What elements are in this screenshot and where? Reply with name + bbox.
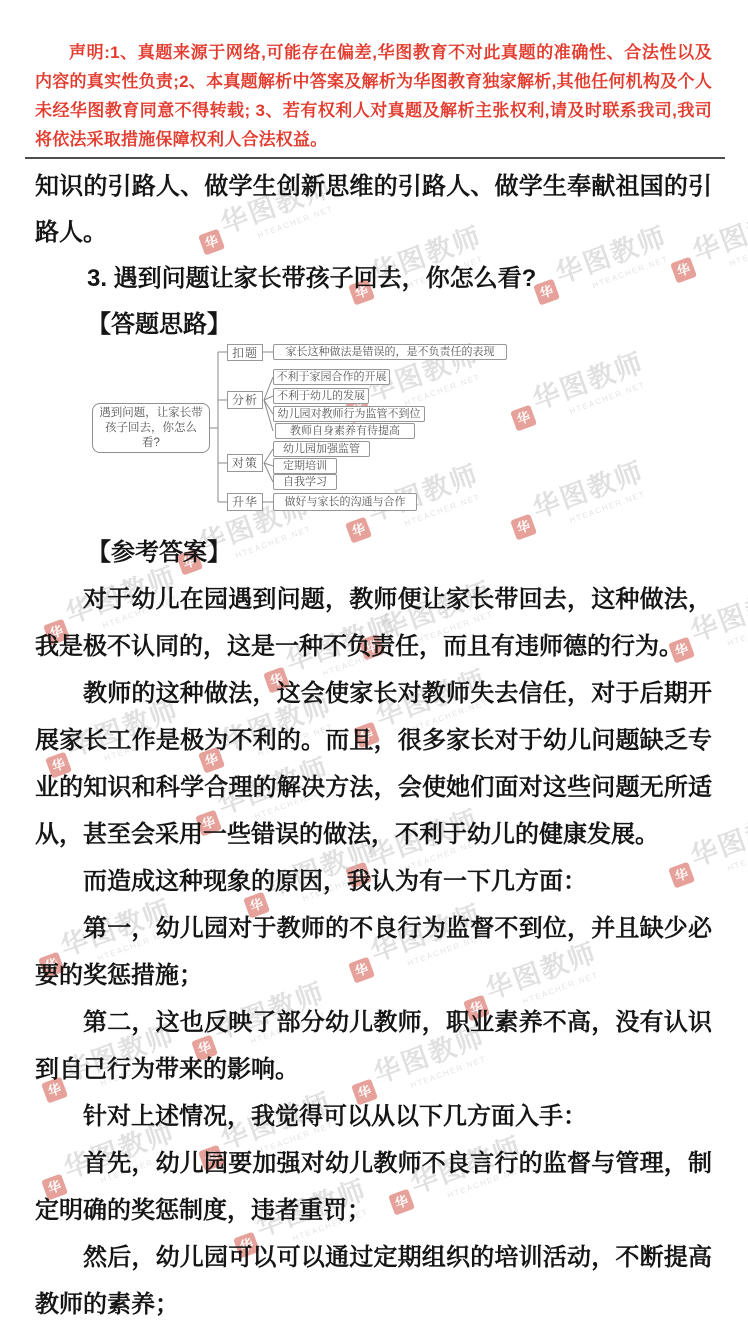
disclaimer: 声明:1、真题来源于网络,可能存在偏差,华图教育不对此真题的准确性、合法性以及内… (35, 38, 712, 154)
mindmap-leaf: 不利于幼儿的发展 (273, 388, 369, 404)
mindmap-leaf: 不利于家园合作的开展 (273, 369, 390, 385)
mindmap-leaf: 幼儿园对教师行为监管不到位 (273, 406, 425, 422)
mindmap-branch-label: 对策 (227, 454, 263, 472)
mindmap-leaf: 幼儿园加强监管 (273, 441, 370, 457)
mindmap-branch-label: 分析 (227, 391, 263, 409)
answer-paragraph: 第二，这也反映了部分幼儿教师，职业素养不高，没有认识到自己行为带来的影响。 (35, 999, 712, 1093)
document-page: 声明:1、真题来源于网络,可能存在偏差,华图教育不对此真题的准确性、合法性以及内… (0, 0, 748, 1328)
answer-paragraph: 针对上述情况，我觉得可以从以下几方面入手： (35, 1093, 712, 1140)
section-heading-answer: 【参考答案】 (35, 530, 712, 576)
mindmap-leaf: 家长这种做法是错误的，是不负责任的表现 (273, 344, 507, 360)
mindmap-leaf: 自我学习 (273, 474, 337, 490)
answer-paragraph: 第一，幼儿园对于教师的不良行为监督不到位，并且缺少必要的奖惩措施； (35, 905, 712, 999)
mindmap-root-node: 遇到问题，让家长带孩子回去，你怎么看? (92, 403, 210, 453)
question-title: 3. 遇到问题让家长带孩子回去，你怎么看? (35, 256, 712, 302)
mindmap-leaf: 定期培训 (273, 458, 337, 474)
disclaimer-label: 声明: (69, 43, 110, 62)
mindmap-diagram: 遇到问题，让家长带孩子回去，你怎么看? 扣题 家长这种做法是错误的，是不负责任的… (35, 342, 712, 512)
disclaimer-text: 1、真题来源于网络,可能存在偏差,华图教育不对此真题的准确性、合法性以及内容的真… (35, 43, 712, 149)
answer-paragraph: 然后，幼儿园可以可以通过定期组织的培训活动，不断提高教师的素养； (35, 1234, 712, 1328)
intro-paragraph: 知识的引路人、做学生创新思维的引路人、做学生奉献祖国的引路人。 (35, 164, 712, 256)
answer-paragraph: 而造成这种现象的原因，我认为有一下几方面： (35, 858, 712, 905)
mindmap-branch-label: 升华 (227, 493, 263, 511)
mindmap-leaf: 教师自身素养有待提高 (275, 423, 415, 439)
mindmap-leaf: 做好与家长的沟通与合作 (273, 493, 417, 511)
answer-paragraph: 教师的这种做法，这会使家长对教师失去信任，对于后期开展家长工作是极为不利的。而且… (35, 670, 712, 858)
separator-line (25, 157, 725, 159)
mindmap-branch-label: 扣题 (227, 344, 263, 361)
answer-paragraph: 首先，幼儿园要加强对幼儿教师不良言行的监督与管理，制定明确的奖惩制度，违者重罚； (35, 1140, 712, 1234)
answer-paragraph: 对于幼儿在园遇到问题，教师便让家长带回去，这种做法，我是极不认同的，这是一种不负… (35, 576, 712, 670)
